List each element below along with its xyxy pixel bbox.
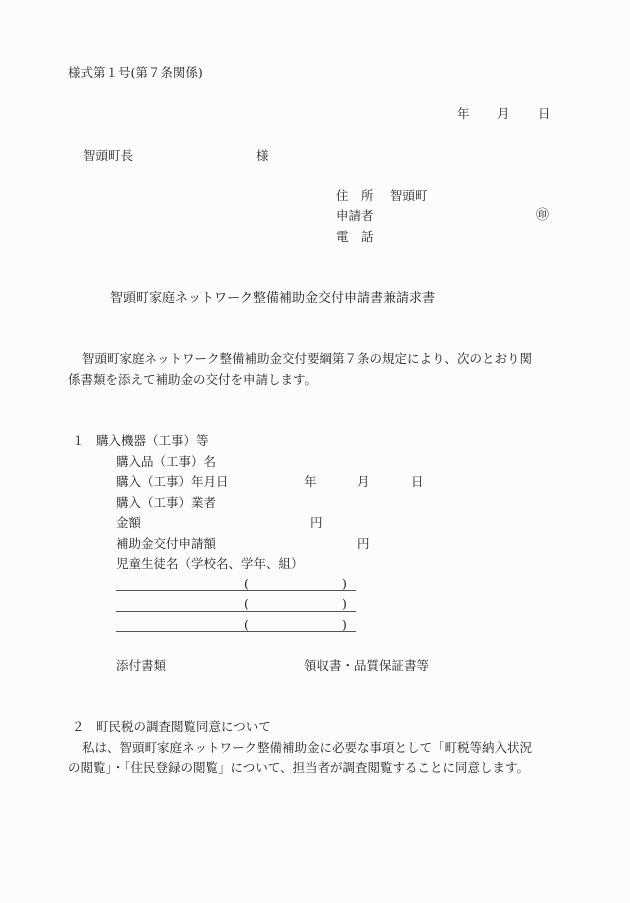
students-label: 児童生徒名（学校名、学年、組） xyxy=(116,558,304,571)
intro-line-1: 智頭町家庭ネットワーク整備補助金交付要綱第７条の規定により、次のとおり関 xyxy=(82,353,532,366)
underline xyxy=(116,631,356,632)
purchase-date-label: 購入（工事）年月日 xyxy=(116,476,229,489)
phone-label: 電 話 xyxy=(336,231,374,244)
paren-open: ( xyxy=(244,619,249,632)
purchase-year-label: 年 xyxy=(304,476,317,489)
section-1-number: １ xyxy=(72,435,85,448)
subsidy-amount-label: 補助金交付申請額 xyxy=(116,538,216,551)
form-number: 様式第１号(第７条関係) xyxy=(68,67,203,80)
attachments-value: 領収書・品質保証書等 xyxy=(304,660,429,673)
product-name-label: 購入品（工事）名 xyxy=(116,456,216,469)
underline xyxy=(116,611,356,612)
consent-line-2: の閲覧」・「住民登録の閲覧」について、担当者が調査閲覧することに同意します。 xyxy=(68,762,529,775)
amount-unit: 円 xyxy=(310,517,323,530)
address-label: 住 所 xyxy=(336,190,374,203)
underline xyxy=(116,590,356,591)
address-value: 智頭町 xyxy=(390,190,428,203)
date-year-label: 年 xyxy=(457,108,470,121)
paren-close: ) xyxy=(342,598,347,611)
vendor-label: 購入（工事）業者 xyxy=(116,497,216,510)
attachments-label: 添付書類 xyxy=(116,660,166,673)
paren-open: ( xyxy=(244,598,249,611)
purchase-day-label: 日 xyxy=(411,476,424,489)
amount-label: 金額 xyxy=(116,517,141,530)
section-1-heading: 購入機器（工事）等 xyxy=(96,435,209,448)
date-month-label: 月 xyxy=(497,108,510,121)
paren-close: ) xyxy=(342,619,347,632)
addressee-name: 智頭町長 xyxy=(83,150,133,163)
purchase-month-label: 月 xyxy=(357,476,370,489)
document-title: 智頭町家庭ネットワーク整備補助金交付申請書兼請求書 xyxy=(110,292,435,305)
section-2-number: ２ xyxy=(72,721,85,734)
consent-line-1: 私は、智頭町家庭ネットワーク整備補助金に必要な事項として「町税等納入状況 xyxy=(82,742,532,755)
paren-open: ( xyxy=(244,578,249,591)
date-day-label: 日 xyxy=(538,108,551,121)
applicant-label: 申請者 xyxy=(336,210,374,223)
seal-icon: ㊞ xyxy=(536,209,549,222)
intro-line-2: 係書類を添えて補助金の交付を申請します。 xyxy=(68,374,317,387)
addressee-honorific: 様 xyxy=(256,150,269,163)
section-2-heading: 町民税の調査閲覧同意について xyxy=(96,721,271,734)
subsidy-amount-unit: 円 xyxy=(357,538,370,551)
paren-close: ) xyxy=(342,578,347,591)
